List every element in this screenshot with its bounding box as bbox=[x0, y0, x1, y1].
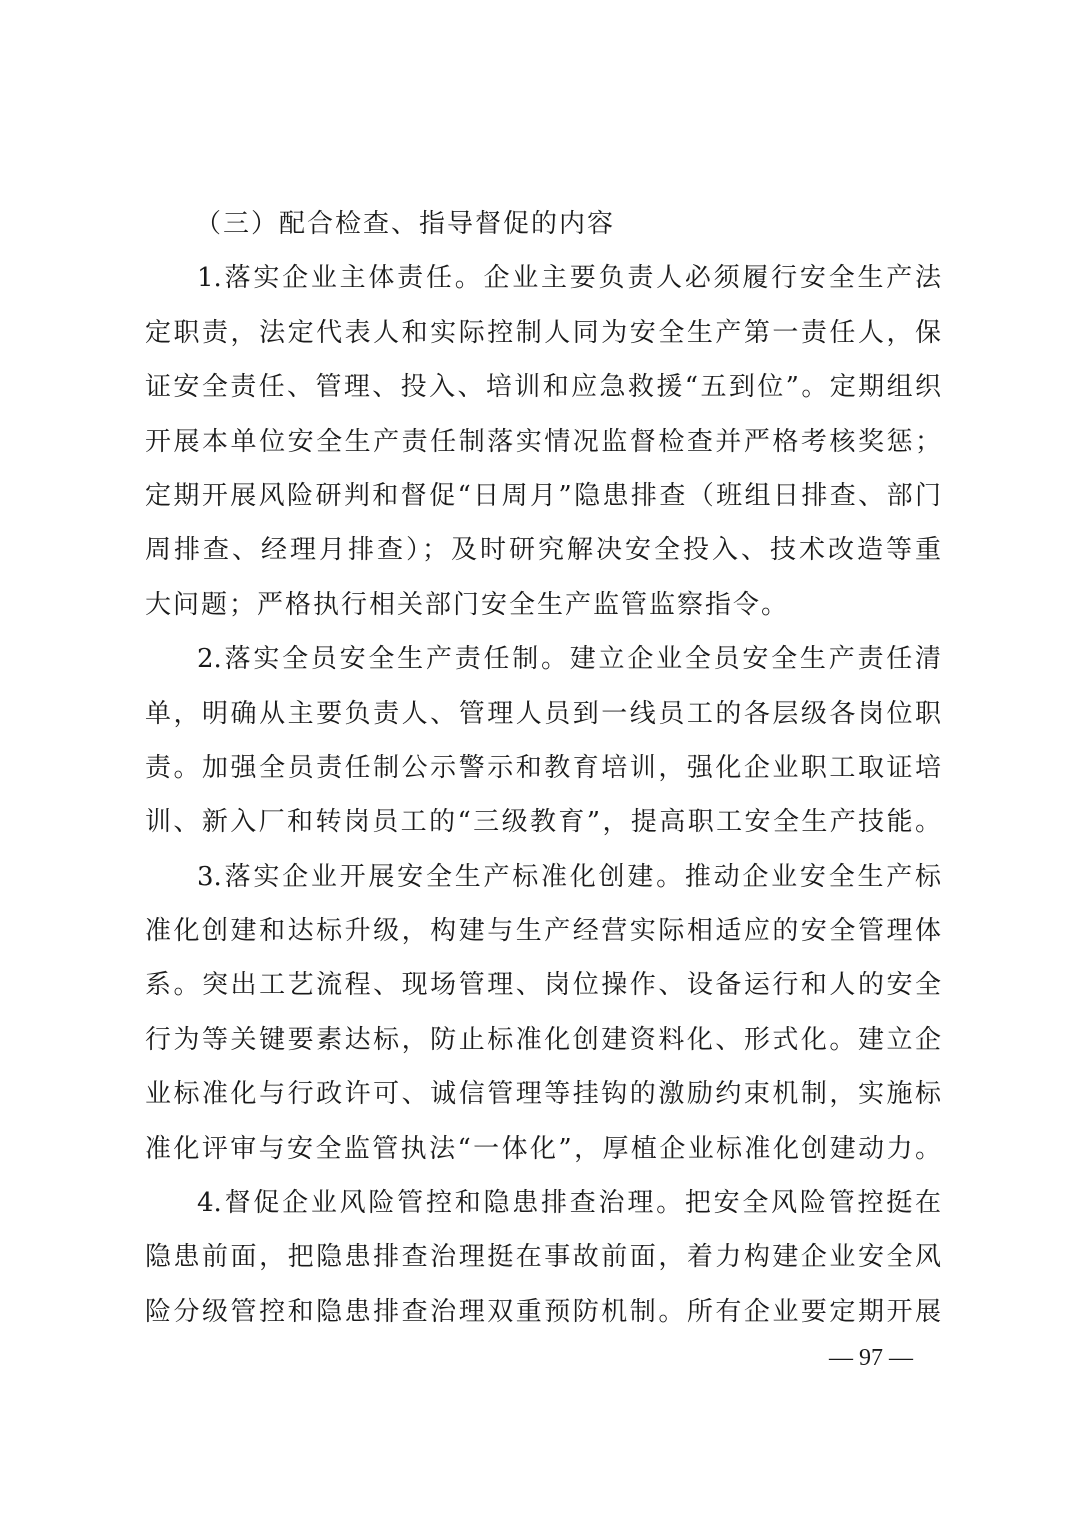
paragraph-line: 3.落实企业开展安全生产标准化创建。推动企业安全生产标 bbox=[145, 850, 941, 904]
paragraph-line: 4.督促企业风险管控和隐患排查治理。把安全风险管控挺在 bbox=[145, 1176, 941, 1230]
paragraph-line: 隐患前面，把隐患排查治理挺在事故前面，着力构建企业安全风 bbox=[145, 1230, 941, 1284]
paragraph-line: 训、新入厂和转岗员工的“三级教育”，提高职工安全生产技能。 bbox=[145, 795, 941, 849]
paragraph-line: 业标准化与行政许可、诚信管理等挂钩的激励约束机制，实施标 bbox=[145, 1067, 941, 1121]
paragraph-line: 定期开展风险研判和督促“日周月”隐患排查（班组日排查、部门 bbox=[145, 469, 941, 523]
paragraph-2: 2.落实全员安全生产责任制。建立企业全员安全生产责任清 单，明确从主要负责人、管… bbox=[145, 632, 941, 850]
paragraph-line: 证安全责任、管理、投入、培训和应急救援“五到位”。定期组织 bbox=[145, 360, 941, 414]
paragraph-line: 准化创建和达标升级，构建与生产经营实际相适应的安全管理体 bbox=[145, 904, 941, 958]
paragraph-line: 开展本单位安全生产责任制落实情况监督检查并严格考核奖惩； bbox=[145, 415, 941, 469]
document-body: （三）配合检查、指导督促的内容 1.落实企业主体责任。企业主要负责人必须履行安全… bbox=[145, 197, 941, 1339]
paragraph-line: 行为等关键要素达标，防止标准化创建资料化、形式化。建立企 bbox=[145, 1013, 941, 1067]
paragraph-line: 大问题；严格执行相关部门安全生产监管监察指令。 bbox=[145, 578, 941, 632]
section-heading: （三）配合检查、指导督促的内容 bbox=[145, 197, 941, 251]
paragraph-3: 3.落实企业开展安全生产标准化创建。推动企业安全生产标 准化创建和达标升级，构建… bbox=[145, 850, 941, 1176]
paragraph-line: 定职责，法定代表人和实际控制人同为安全生产第一责任人，保 bbox=[145, 306, 941, 360]
paragraph-line: 1.落实企业主体责任。企业主要负责人必须履行安全生产法 bbox=[145, 251, 941, 305]
paragraph-line: 单，明确从主要负责人、管理人员到一线员工的各层级各岗位职 bbox=[145, 687, 941, 741]
paragraph-line: 险分级管控和隐患排查治理双重预防机制。所有企业要定期开展 bbox=[145, 1285, 941, 1339]
document-page: （三）配合检查、指导督促的内容 1.落实企业主体责任。企业主要负责人必须履行安全… bbox=[0, 0, 1074, 1520]
paragraph-line: 2.落实全员安全生产责任制。建立企业全员安全生产责任清 bbox=[145, 632, 941, 686]
paragraph-1: 1.落实企业主体责任。企业主要负责人必须履行安全生产法 定职责，法定代表人和实际… bbox=[145, 251, 941, 632]
paragraph-line: 责。加强全员责任制公示警示和教育培训，强化企业职工取证培 bbox=[145, 741, 941, 795]
paragraph-line: 周排查、经理月排查）；及时研究解决安全投入、技术改造等重 bbox=[145, 523, 941, 577]
paragraph-4: 4.督促企业风险管控和隐患排查治理。把安全风险管控挺在 隐患前面，把隐患排查治理… bbox=[145, 1176, 941, 1339]
page-number: — 97 — bbox=[816, 1338, 926, 1378]
paragraph-line: 系。突出工艺流程、现场管理、岗位操作、设备运行和人的安全 bbox=[145, 958, 941, 1012]
paragraph-line: 准化评审与安全监管执法“一体化”，厚植企业标准化创建动力。 bbox=[145, 1122, 941, 1176]
